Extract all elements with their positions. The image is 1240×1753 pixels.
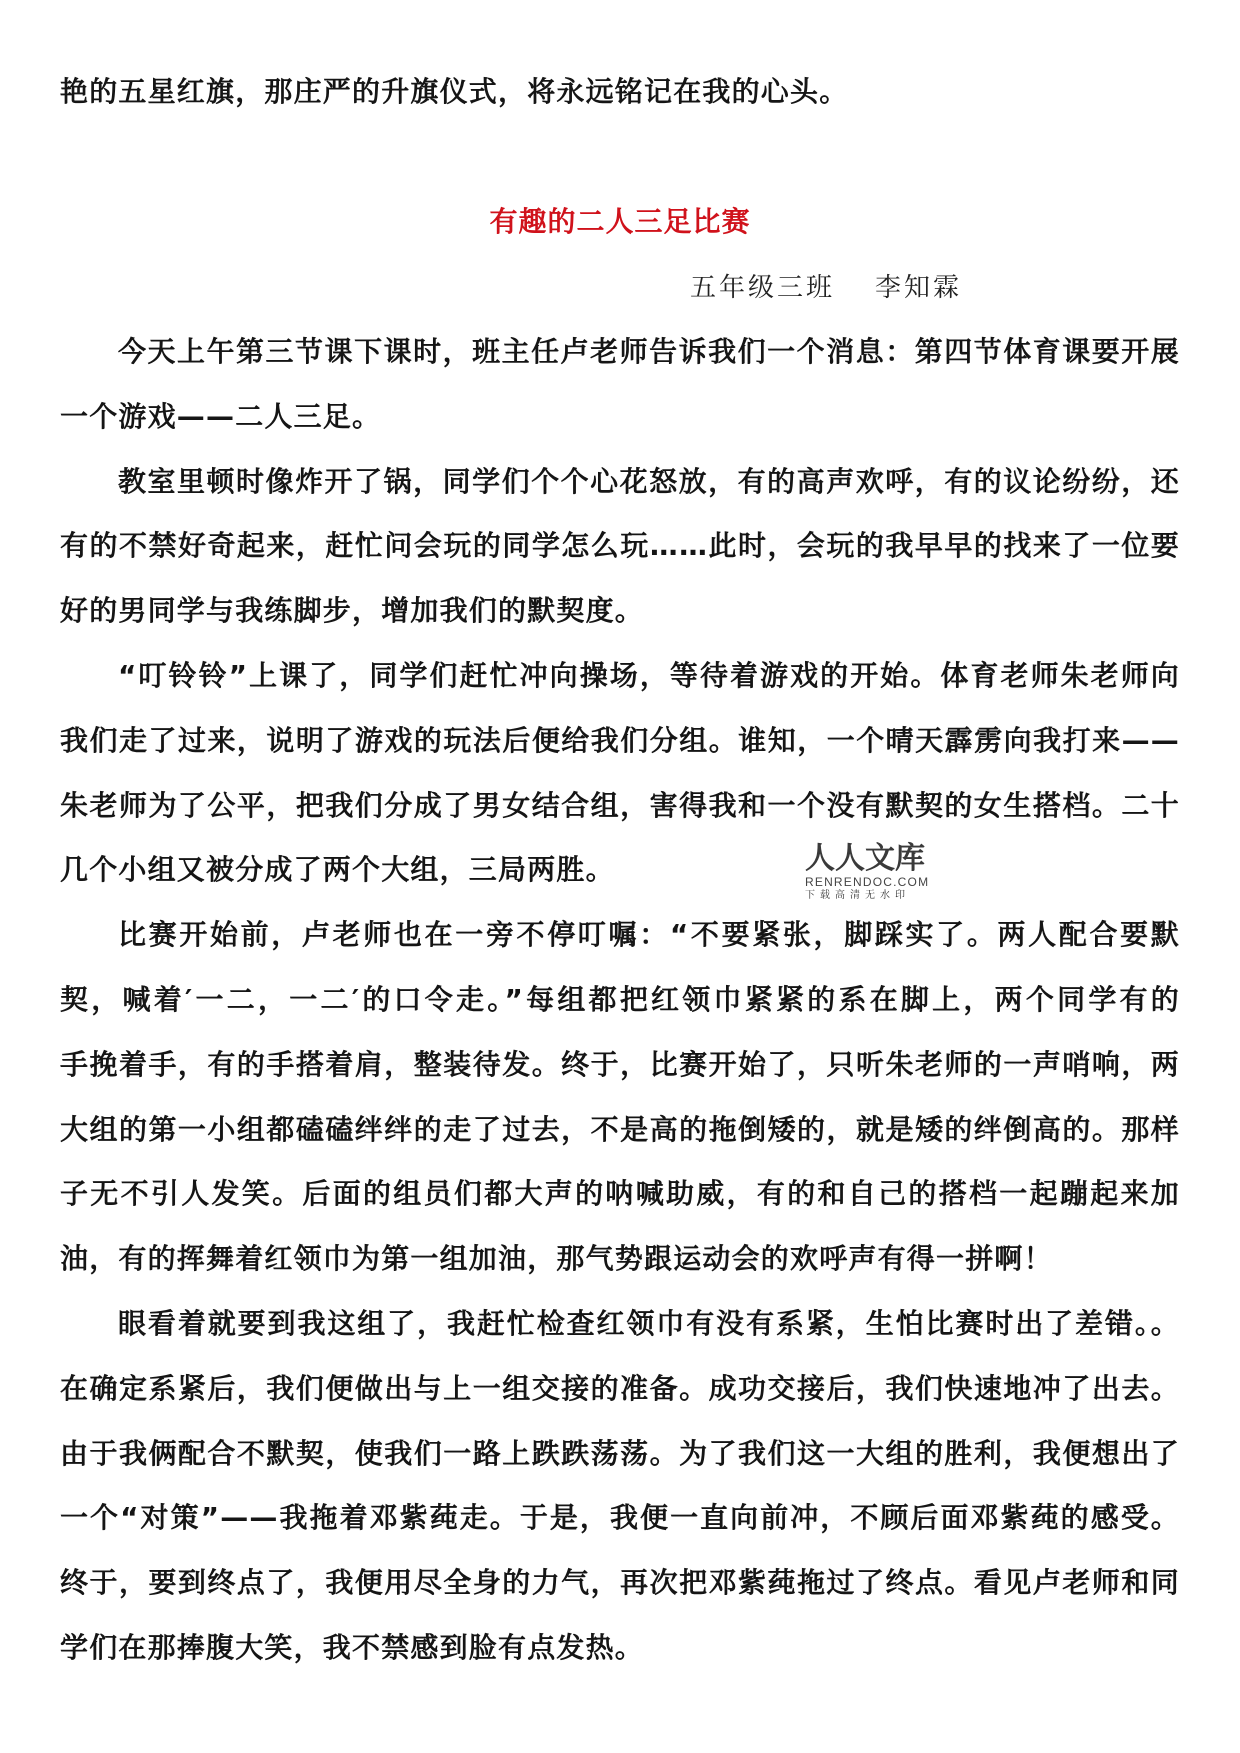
body-line: 子无不引人发笑。后面的组员们都大声的呐喊助威，有的和自己的搭档一起蹦起来加 <box>60 1174 1180 1214</box>
body-line: 终于，要到终点了，我便用尽全身的力气，再次把邓紫莼拖过了终点。看见卢老师和同 <box>60 1563 1180 1603</box>
body-line: 一个游戏——二人三足。 <box>60 397 1180 437</box>
renrendoc-watermark: 人人文库 RENRENDOC.COM 下载高清无水印 <box>805 843 935 903</box>
essay-byline: 五年级三班李知霖 <box>690 268 962 308</box>
body-line: 朱老师为了公平，把我们分成了男女结合组，害得我和一个没有默契的女生搭档。二十 <box>60 786 1180 826</box>
body-line: 几个小组又被分成了两个大组，三局两胜。 <box>60 850 1180 890</box>
author-name: 李知霖 <box>875 273 962 303</box>
body-line: 在确定系紧后，我们便做出与上一组交接的准备。成功交接后，我们快速地冲了出去。 <box>60 1369 1180 1409</box>
essay-title: 有趣的二人三足比赛 <box>60 202 1180 242</box>
body-line: 一个“对策”——我拖着邓紫莼走。于是，我便一直向前冲，不顾后面邓紫莼的感受。 <box>60 1498 1180 1538</box>
body-line: 今天上午第三节课下课时，班主任卢老师告诉我们一个消息：第四节体育课要开展 <box>60 332 1180 372</box>
body-line: 教室里顿时像炸开了锅，同学们个个心花怒放，有的高声欢呼，有的议论纷纷，还 <box>60 462 1180 502</box>
body-line: 契，喊着′一二，一二′的口令走。”每组都把红领巾紧紧的系在脚上，两个同学有的 <box>60 980 1180 1020</box>
body-line: 比赛开始前，卢老师也在一旁不停叮嘱：“不要紧张，脚踩实了。两人配合要默 <box>60 915 1180 955</box>
body-line: 大组的第一小组都磕磕绊绊的走了过去，不是高的拖倒矮的，就是矮的绊倒高的。那样 <box>60 1110 1180 1150</box>
body-line: 有的不禁好奇起来，赶忙问会玩的同学怎么玩……此时，会玩的我早早的找来了一位要 <box>60 526 1180 566</box>
body-line: 好的男同学与我练脚步，增加我们的默契度。 <box>60 591 1180 631</box>
watermark-brand: 人人文库 <box>805 843 935 875</box>
watermark-tagline: 下载高清无水印 <box>805 889 935 903</box>
body-line: 我们走了过来，说明了游戏的玩法后便给我们分组。谁知，一个晴天霹雳向我打来—— <box>60 721 1180 761</box>
body-line: 油，有的挥舞着红领巾为第一组加油，那气势跟运动会的欢呼声有得一拼啊！ <box>60 1239 1180 1279</box>
body-line: “叮铃铃”上课了，同学们赶忙冲向操场，等待着游戏的开始。体育老师朱老师向 <box>60 656 1180 696</box>
body-line: 手挽着手，有的手搭着肩，整装待发。终于，比赛开始了，只听朱老师的一声哨响，两 <box>60 1045 1180 1085</box>
watermark-url: RENRENDOC.COM <box>805 875 935 889</box>
body-line: 学们在那捧腹大笑，我不禁感到脸有点发热。 <box>60 1628 1180 1668</box>
class-name: 五年级三班 <box>690 273 835 303</box>
previous-essay-ending: 艳的五星红旗，那庄严的升旗仪式，将永远铭记在我的心头。 <box>60 72 1180 112</box>
body-line: 由于我俩配合不默契，使我们一路上跌跌荡荡。为了我们这一大组的胜利，我便想出了 <box>60 1434 1180 1474</box>
body-line: 眼看着就要到我这组了，我赶忙检查红领巾有没有系紧，生怕比赛时出了差错。。 <box>60 1304 1180 1344</box>
